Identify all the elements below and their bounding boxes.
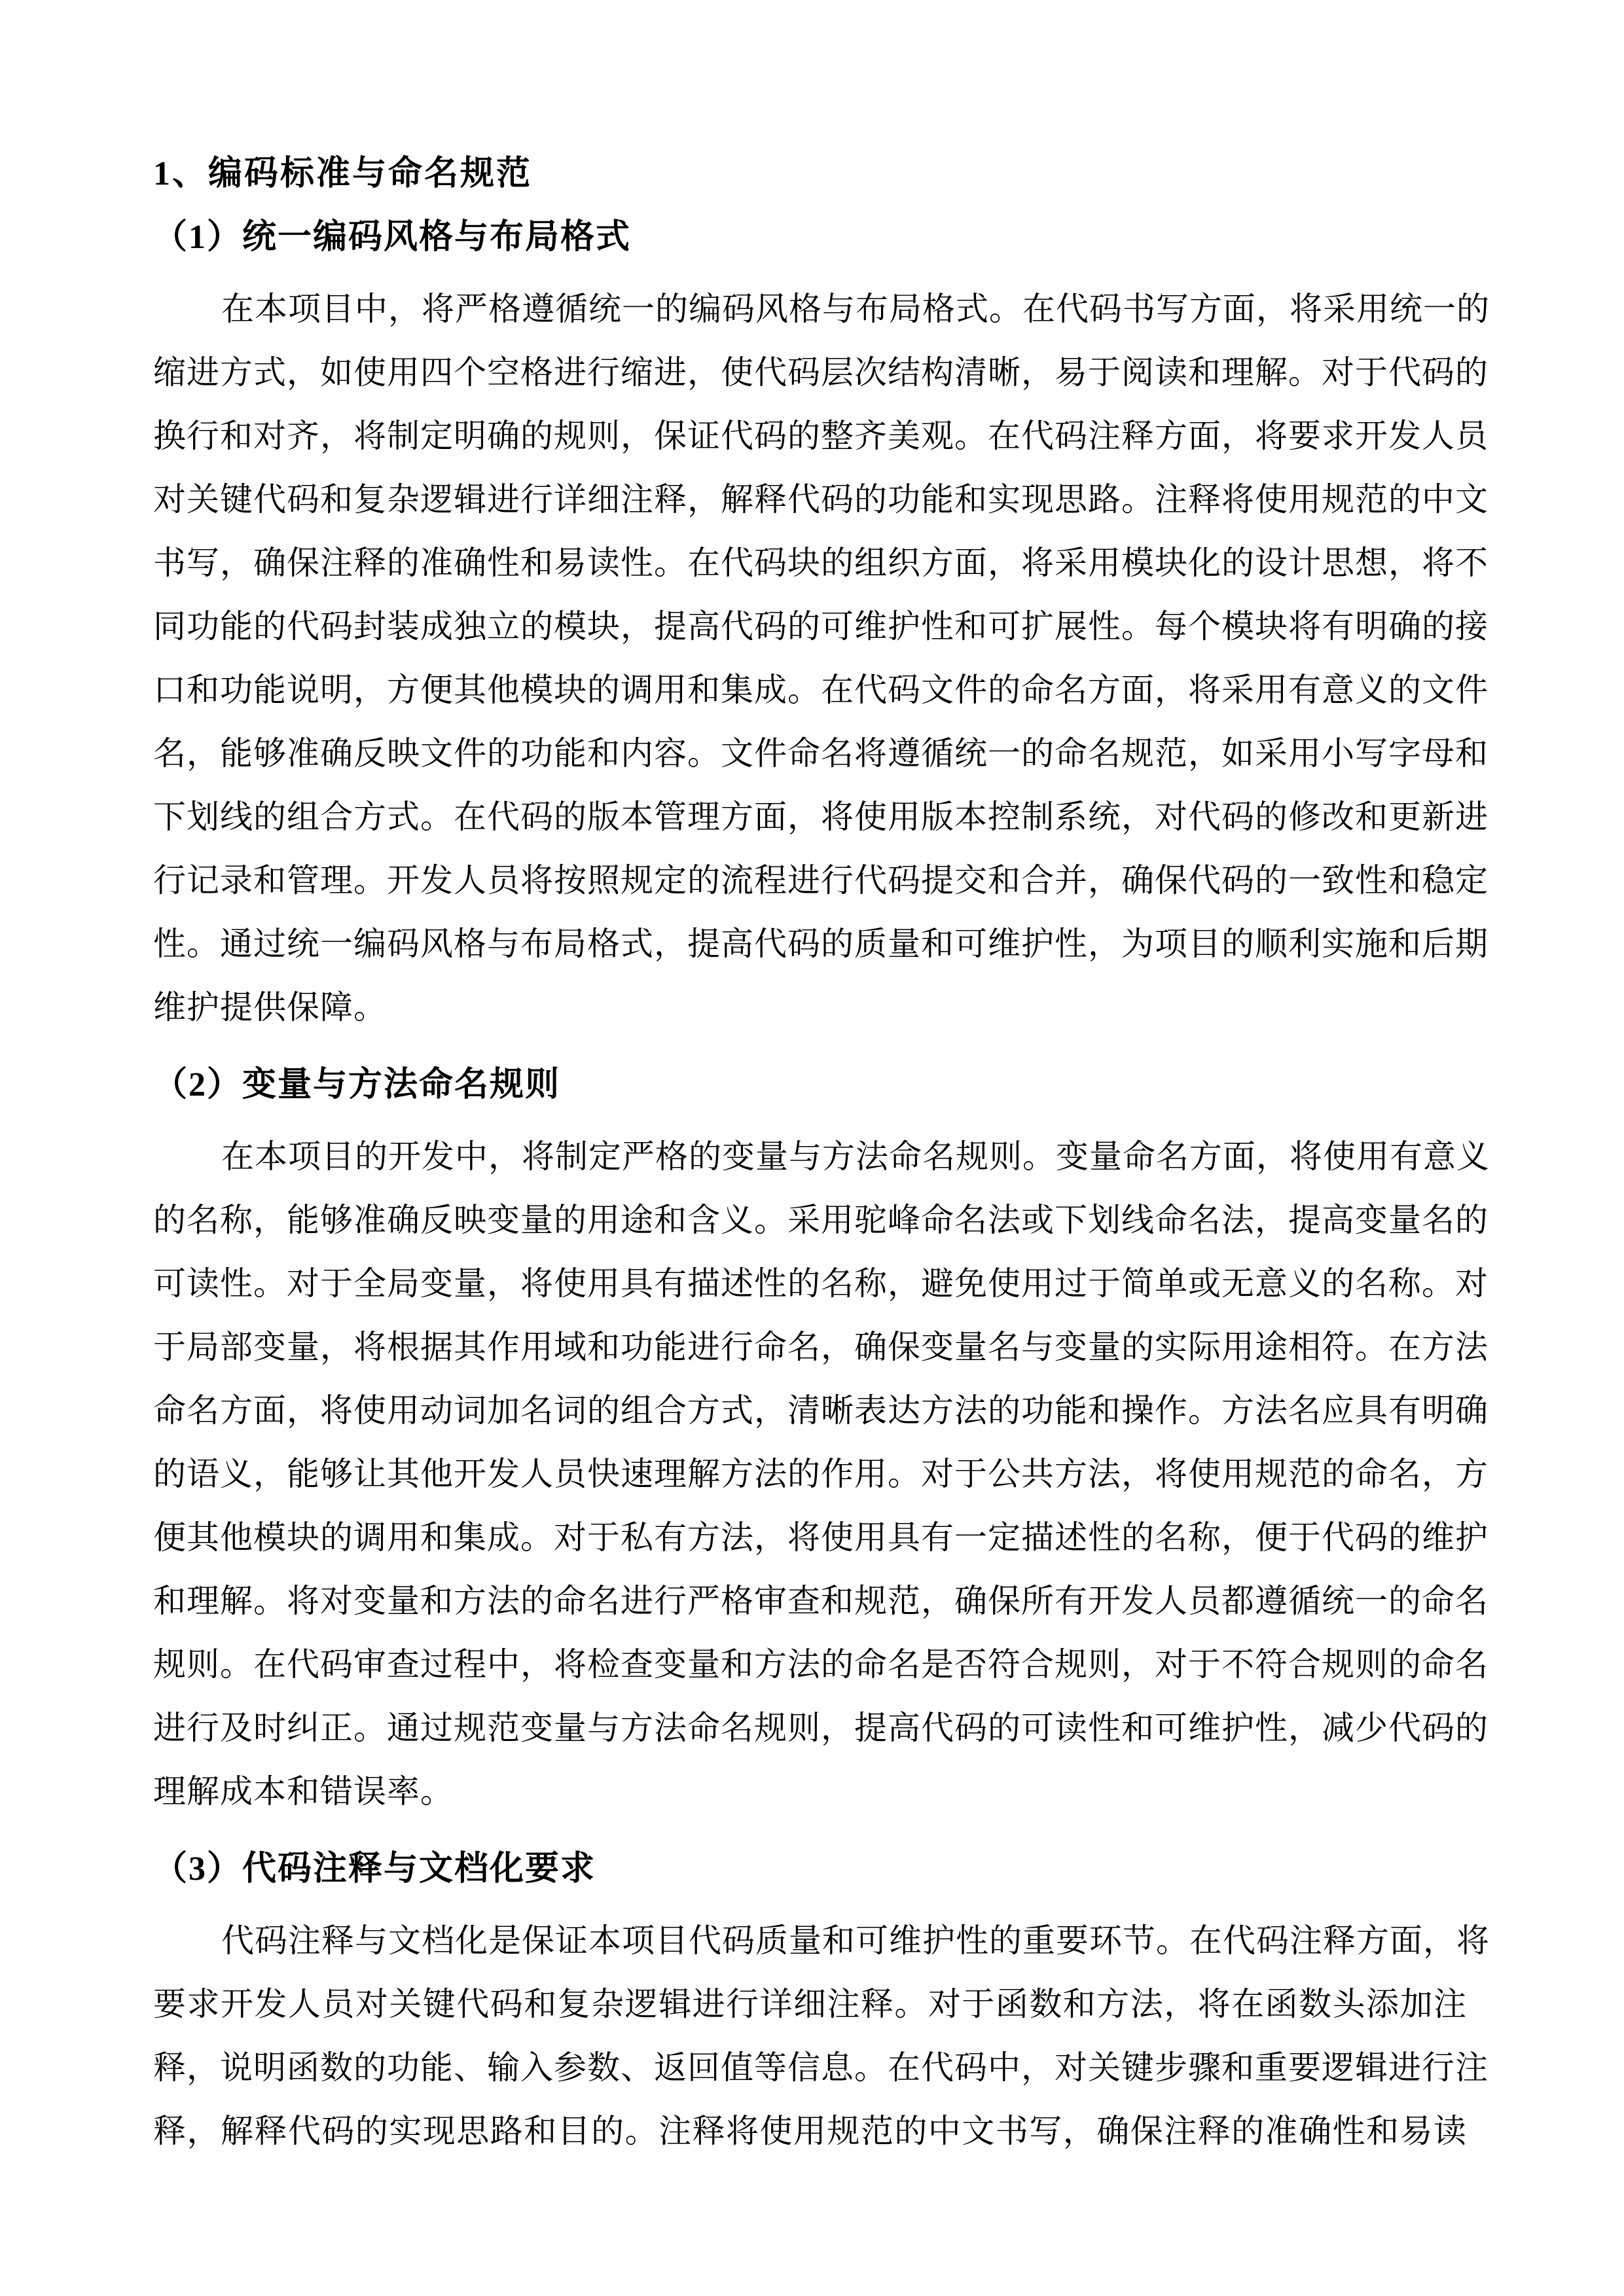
- body-paragraph: 在本项目的开发中，将制定严格的变量与方法命名规则。变量命名方面，将使用有意义的名…: [153, 1125, 1467, 1823]
- text-line: 于局部变量，将根据其作用域和功能进行命名，确保变量名与变量的实际用途相符。在方法: [153, 1316, 1467, 1379]
- body-paragraph: 代码注释与文档化是保证本项目代码质量和可维护性的重要环节。在代码注释方面，将要求…: [153, 1909, 1467, 2163]
- document-section: （3）代码注释与文档化要求 代码注释与文档化是保证本项目代码质量和可维护性的重要…: [153, 1837, 1467, 2163]
- text-line: 同功能的代码封装成独立的模块，提高代码的可维护性和可扩展性。每个模块将有明确的接: [153, 595, 1467, 658]
- subsection-heading: （1）统一编码风格与布局格式: [153, 206, 1467, 269]
- text-line: 口和功能说明，方便其他模块的调用和集成。在代码文件的命名方面，将采用有意义的文件: [153, 658, 1467, 722]
- text-line: 的语义，能够让其他开发人员快速理解方法的作用。对于公共方法，将使用规范的命名，方: [153, 1443, 1467, 1506]
- document-section: （2）变量与方法命名规则 在本项目的开发中，将制定严格的变量与方法命名规则。变量…: [153, 1053, 1467, 1823]
- text-line: 在本项目的开发中，将制定严格的变量与方法命名规则。变量命名方面，将使用有意义: [153, 1125, 1467, 1189]
- subsection-heading: （2）变量与方法命名规则: [153, 1053, 1467, 1117]
- text-line: 性。通过统一编码风格与布局格式，提高代码的质量和可维护性，为项目的顺利实施和后期: [153, 912, 1467, 976]
- text-line: 书写，确保注释的准确性和易读性。在代码块的组织方面，将采用模块化的设计思想，将不: [153, 531, 1467, 595]
- text-line: 代码注释与文档化是保证本项目代码质量和可维护性的重要环节。在代码注释方面，将: [153, 1909, 1467, 1973]
- text-line: 下划线的组合方式。在代码的版本管理方面，将使用版本控制系统，对代码的修改和更新进: [153, 785, 1467, 849]
- document-section: （1）统一编码风格与布局格式 在本项目中，将严格遵循统一的编码风格与布局格式。在…: [153, 206, 1467, 1039]
- document-page: 1、编码标准与命名规范 （1）统一编码风格与布局格式 在本项目中，将严格遵循统一…: [0, 0, 1624, 2296]
- document-title: 1、编码标准与命名规范: [153, 142, 1467, 206]
- text-line: 释，解释代码的实现思路和目的。注释将使用规范的中文书写，确保注释的准确性和易读: [153, 2100, 1467, 2163]
- text-line: 名，能够准确反映文件的功能和内容。文件命名将遵循统一的命名规范，如采用小写字母和: [153, 722, 1467, 785]
- subsection-heading: （3）代码注释与文档化要求: [153, 1837, 1467, 1901]
- text-line: 的名称，能够准确反映变量的用途和含义。采用驼峰命名法或下划线命名法，提高变量名的: [153, 1189, 1467, 1252]
- text-line: 对关键代码和复杂逻辑进行详细注释，解释代码的功能和实现思路。注释将使用规范的中文: [153, 468, 1467, 531]
- text-line: 要求开发人员对关键代码和复杂逻辑进行详细注释。对于函数和方法，将在函数头添加注: [153, 1973, 1467, 2036]
- text-line: 理解成本和错误率。: [153, 1760, 1467, 1823]
- text-line: 行记录和管理。开发人员将按照规定的流程进行代码提交和合并，确保代码的一致性和稳定: [153, 849, 1467, 912]
- text-line: 缩进方式，如使用四个空格进行缩进，使代码层次结构清晰，易于阅读和理解。对于代码的: [153, 341, 1467, 404]
- text-line: 规则。在代码审查过程中，将检查变量和方法的命名是否符合规则，对于不符合规则的命名: [153, 1633, 1467, 1696]
- text-line: 进行及时纠正。通过规范变量与方法命名规则，提高代码的可读性和可维护性，减少代码的: [153, 1696, 1467, 1760]
- text-line: 可读性。对于全局变量，将使用具有描述性的名称，避免使用过于简单或无意义的名称。对: [153, 1252, 1467, 1316]
- document-body: （1）统一编码风格与布局格式 在本项目中，将严格遵循统一的编码风格与布局格式。在…: [153, 206, 1467, 2163]
- text-line: 便其他模块的调用和集成。对于私有方法，将使用具有一定描述性的名称，便于代码的维护: [153, 1506, 1467, 1570]
- text-line: 命名方面，将使用动词加名词的组合方式，清晰表达方法的功能和操作。方法名应具有明确: [153, 1379, 1467, 1443]
- text-line: 在本项目中，将严格遵循统一的编码风格与布局格式。在代码书写方面，将采用统一的: [153, 278, 1467, 341]
- text-line: 和理解。将对变量和方法的命名进行严格审查和规范，确保所有开发人员都遵循统一的命名: [153, 1570, 1467, 1633]
- text-line: 换行和对齐，将制定明确的规则，保证代码的整齐美观。在代码注释方面，将要求开发人员: [153, 404, 1467, 468]
- text-line: 释，说明函数的功能、输入参数、返回值等信息。在代码中，对关键步骤和重要逻辑进行注: [153, 2036, 1467, 2100]
- body-paragraph: 在本项目中，将严格遵循统一的编码风格与布局格式。在代码书写方面，将采用统一的缩进…: [153, 278, 1467, 1039]
- text-line: 维护提供保障。: [153, 976, 1467, 1039]
